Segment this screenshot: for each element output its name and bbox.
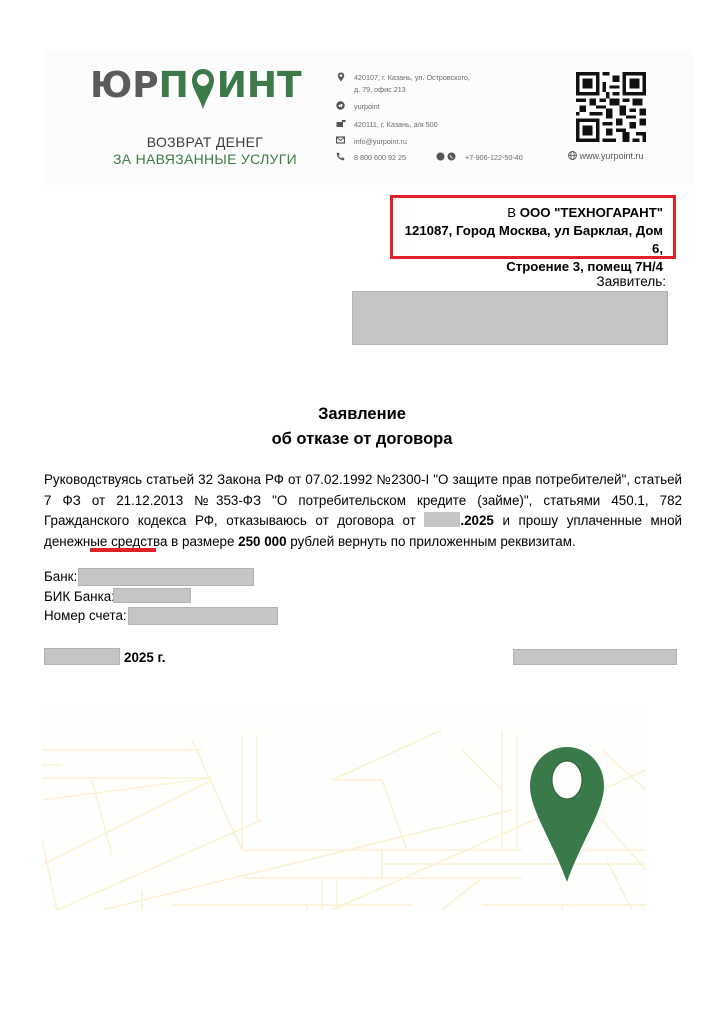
redacted-bank xyxy=(78,568,254,586)
contract-year: .2025 xyxy=(460,513,494,528)
tagline-line1: ВОЗВРАТ ДЕНЕГ xyxy=(80,134,330,150)
qr-code-icon xyxy=(576,72,646,142)
account-label: Номер счета: xyxy=(44,608,127,623)
addressee-prefix: В xyxy=(507,205,519,220)
bank-label: Банк: xyxy=(44,569,77,584)
bik-label: БИК Банка: xyxy=(44,589,115,604)
redacted-bik xyxy=(113,588,191,603)
mailbox-icon xyxy=(336,119,345,128)
map-pin-icon xyxy=(190,67,216,111)
body-paragraph: Руководствуясь статьей 32 Закона РФ от 0… xyxy=(44,470,682,552)
address-line2: д. 79, офис 213 xyxy=(354,84,406,96)
messenger-phone[interactable]: +7-906-122-50-40 xyxy=(465,152,523,164)
document-title: Заявление xyxy=(0,405,724,424)
viber-icon xyxy=(447,152,456,165)
redacted-date xyxy=(44,648,120,665)
whatsapp-icon xyxy=(436,152,445,165)
addressee-block: В ООО "ТЕХНОГАРАНТ" 121087, Город Москва… xyxy=(390,195,676,259)
amount-highlight-underline xyxy=(90,548,156,552)
logo-text-part1: ЮР xyxy=(90,65,159,106)
redacted-applicant-info xyxy=(352,291,668,345)
logo: ЮРПИНТ xyxy=(90,66,302,111)
location-icon xyxy=(336,72,345,81)
refund-amount: 250 000 xyxy=(238,534,286,549)
address-line1: 420107, г. Казань, ул. Островского, xyxy=(354,72,470,84)
envelope-icon xyxy=(336,136,345,145)
signature-year: 2025 г. xyxy=(124,650,165,665)
phone[interactable]: 8 800 600 92 25 xyxy=(354,152,406,164)
map-background-illustration xyxy=(42,710,646,910)
addressee-line2: 121087, Город Москва, ул Барклая, Дом 6, xyxy=(399,222,663,258)
logo-text-part2: П xyxy=(159,65,189,106)
applicant-label: Заявитель: xyxy=(597,274,666,289)
telegram-handle[interactable]: yurpoint xyxy=(354,101,380,113)
addressee-company: ООО "ТЕХНОГАРАНТ" xyxy=(520,205,663,220)
telegram-icon xyxy=(336,101,345,110)
po-box: 420111, г. Казань, а/я 500 xyxy=(354,119,438,131)
website[interactable]: www.yurpoint.ru xyxy=(568,151,644,162)
redacted-contract-date xyxy=(424,512,460,527)
globe-icon xyxy=(568,151,577,162)
addressee-line1: В ООО "ТЕХНОГАРАНТ" xyxy=(399,204,663,222)
email[interactable]: info@yurpoint.ru xyxy=(354,136,407,148)
tagline-line2: ЗА НАВЯЗАННЫЕ УСЛУГИ xyxy=(80,151,330,167)
phone-icon xyxy=(336,152,345,161)
redacted-signature xyxy=(513,649,677,665)
logo-text-part3: ИНТ xyxy=(217,65,302,106)
website-url[interactable]: www.yurpoint.ru xyxy=(580,151,644,161)
body-text-part3: рублей вернуть по приложенным реквизитам… xyxy=(287,534,576,549)
redacted-account xyxy=(128,607,278,625)
document-subtitle: об отказе от договора xyxy=(0,430,724,449)
